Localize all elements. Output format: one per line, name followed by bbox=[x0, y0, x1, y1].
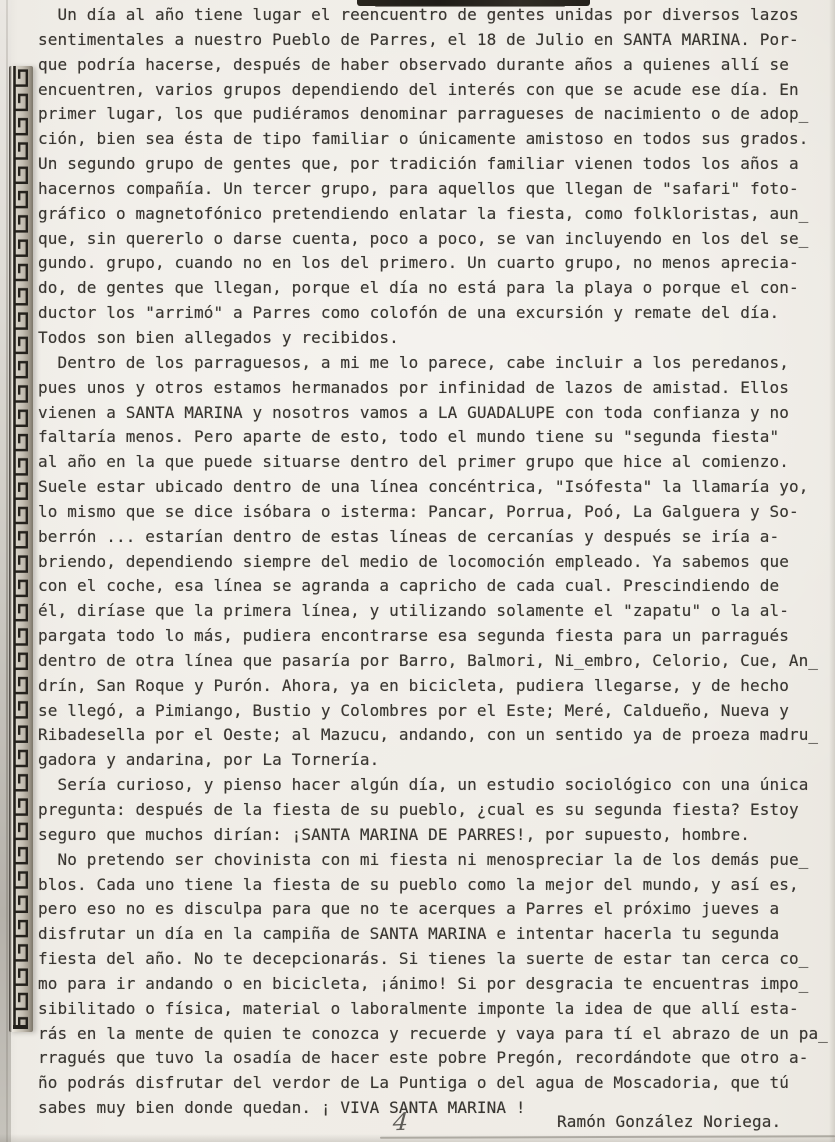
text-line: dentro de otra línea que pasaría por Bar… bbox=[38, 649, 835, 674]
page-number: 4 bbox=[392, 1108, 409, 1137]
scanned-page: Un día al año tiene lugar el reencuentro… bbox=[0, 0, 835, 1142]
text-line: hacernos compañía. Un tercer grupo, para… bbox=[38, 177, 835, 202]
text-line: drín, San Roque y Purón. Ahora, ya en bi… bbox=[38, 674, 835, 699]
text-line: que podría hacerse, después de haber obs… bbox=[38, 53, 835, 78]
text-line: encuentren, varios grupos dependiendo de… bbox=[38, 78, 835, 103]
typewritten-text: Un día al año tiene lugar el reencuentro… bbox=[0, 0, 835, 1121]
text-line: Todos son bien allegados y recibidos. bbox=[38, 326, 835, 351]
text-line: gráfico o magnetofónico pretendiendo enl… bbox=[38, 202, 835, 227]
page-edge-right-shading bbox=[829, 0, 835, 1142]
text-line: do, de gentes que llegan, porque el día … bbox=[38, 276, 835, 301]
text-line: con el coche, esa línea se agranda a cap… bbox=[38, 574, 835, 599]
text-line: pues unos y otros estamos hermanados por… bbox=[38, 376, 835, 401]
text-line: Dentro de los parraguesos, a mi me lo pa… bbox=[38, 351, 835, 376]
text-line: sibilitado o física, material o laboralm… bbox=[38, 997, 835, 1022]
text-line: pero eso no es disculpa para que no te a… bbox=[38, 897, 835, 922]
text-line: gundo. grupo, cuando no en los del prime… bbox=[38, 251, 835, 276]
text-line: sentimentales a nuestro Pueblo de Parres… bbox=[38, 28, 835, 53]
text-line: que, sin quererlo o darse cuenta, poco a… bbox=[38, 227, 835, 252]
text-line: pregunta: después de la fiesta de su pue… bbox=[38, 798, 835, 823]
text-line: ño podrás disfrutar del verdor de La Pun… bbox=[38, 1071, 835, 1096]
text-line: Suele estar ubicado dentro de una línea … bbox=[38, 475, 835, 500]
text-line: se llegó, a Pimiango, Bustio y Colombres… bbox=[38, 699, 835, 724]
page-edge-bottom-shading bbox=[0, 1134, 835, 1142]
text-line: Sería curioso, y pienso hacer algún día,… bbox=[38, 773, 835, 798]
text-line: Un día al año tiene lugar el reencuentro… bbox=[38, 3, 835, 28]
text-line: pargata todo lo más, pudiera encontrarse… bbox=[38, 624, 835, 649]
text-line: fiesta del año. No te decepcionarás. Si … bbox=[38, 947, 835, 972]
text-line: gadora y andarina, por La Tornería. bbox=[38, 748, 835, 773]
text-line: vienen a SANTA MARINA y nosotros vamos a… bbox=[38, 401, 835, 426]
text-line: disfrutar un día en la campiña de SANTA … bbox=[38, 922, 835, 947]
text-line: briendo, dependiendo siempre del medio d… bbox=[38, 550, 835, 575]
text-line: ción, bien sea ésta de tipo familiar o ú… bbox=[38, 127, 835, 152]
text-line: ductor los "arrimó" a Parres como colofó… bbox=[38, 301, 835, 326]
text-line: mo para ir andando o en bicicleta, ¡ánim… bbox=[38, 972, 835, 997]
text-line: rás en la mente de quien te conozca y re… bbox=[38, 1022, 835, 1047]
text-line: Un segundo grupo de gentes que, por trad… bbox=[38, 152, 835, 177]
text-line: No pretendo ser chovinista con mi fiesta… bbox=[38, 848, 835, 873]
text-line: rragués que tuvo la osadía de hacer este… bbox=[38, 1046, 835, 1071]
text-line: él, diríase que la primera línea, y util… bbox=[38, 599, 835, 624]
text-line: al año en la que puede situarse dentro d… bbox=[38, 450, 835, 475]
text-line: lo mismo que se dice isóbara o isterma: … bbox=[38, 500, 835, 525]
text-line: berrón ... estarían dentro de estas líne… bbox=[38, 525, 835, 550]
text-line: faltaría menos. Pero aparte de esto, tod… bbox=[38, 425, 835, 450]
text-line: blos. Cada uno tiene la fiesta de su pue… bbox=[38, 873, 835, 898]
text-line: seguro que muchos dirían: ¡SANTA MARINA … bbox=[38, 823, 835, 848]
text-line: Ribadesella por el Oeste; al Mazucu, and… bbox=[38, 723, 835, 748]
text-line: primer lugar, los que pudiéramos denomin… bbox=[38, 102, 835, 127]
author-signature: Ramón González Noriega. bbox=[557, 1112, 781, 1131]
